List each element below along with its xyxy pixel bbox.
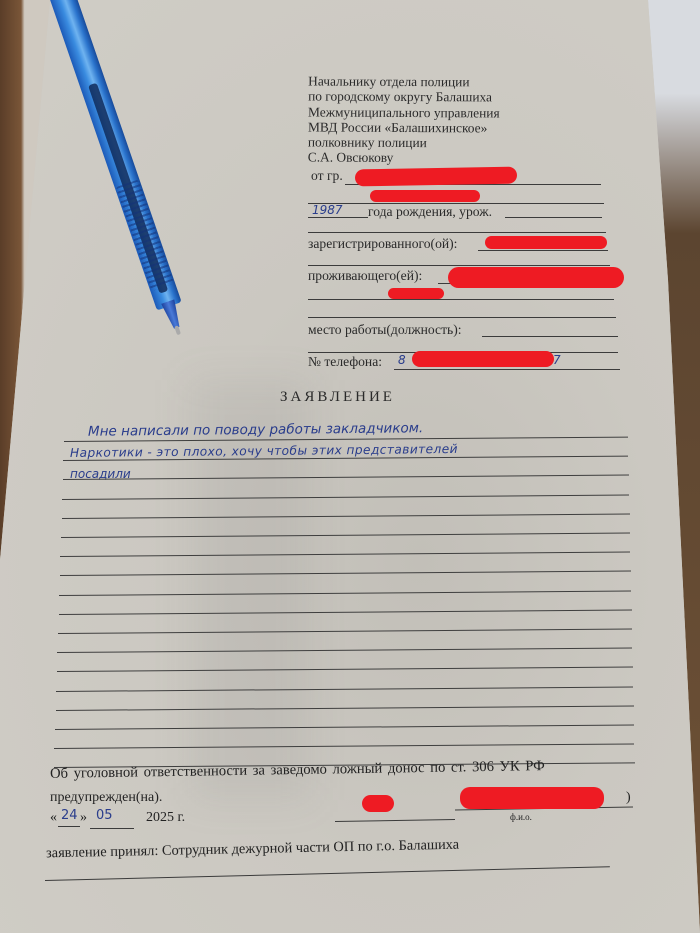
- ruled-line: [54, 744, 634, 750]
- registered-label: зарегистрированного(ой):: [308, 236, 457, 252]
- ruled-line: [59, 609, 632, 615]
- ruled-line: [57, 648, 632, 654]
- birth-year-underline: [308, 217, 368, 218]
- redaction-registered: [485, 236, 607, 249]
- phone-underline: [394, 369, 620, 370]
- phone-label: № телефона:: [308, 354, 382, 370]
- redaction-residing: [448, 267, 624, 288]
- work-underline: [482, 336, 618, 337]
- addressee-block: Начальнику отдела полиции по городскому …: [308, 73, 500, 166]
- date-day: 24: [61, 808, 78, 823]
- ruled-line: [63, 475, 629, 480]
- ruled-line: [56, 705, 634, 711]
- redaction-phone: [412, 351, 554, 367]
- date-month-underline: [90, 828, 134, 829]
- pen-ball: [174, 325, 181, 335]
- signature-underline: [335, 819, 455, 822]
- blank-underline-1: [308, 232, 606, 233]
- phone-suffix: 7: [553, 353, 561, 367]
- from-label: от гр.: [311, 168, 343, 184]
- ruled-line: [58, 628, 632, 634]
- birth-label: года рождения, урож.: [368, 204, 492, 220]
- pen-tip: [161, 299, 183, 330]
- ruled-line: [56, 686, 633, 692]
- addressee-line: МВД России «Балашихинское»: [308, 119, 500, 135]
- addressee-line: Начальнику отдела полиции: [308, 73, 500, 89]
- accepted-by-underline: [45, 866, 610, 881]
- work-label: место работы(должность):: [308, 322, 462, 338]
- date-close-quote: »: [80, 810, 87, 826]
- redaction-name-2: [370, 190, 480, 202]
- ruled-line: [62, 494, 629, 499]
- fio-close-paren: ): [626, 790, 631, 806]
- blank-underline-4: [308, 317, 616, 318]
- ruled-line: [59, 590, 631, 595]
- redaction-residing-2: [388, 288, 444, 299]
- warned-label: предупрежден(на).: [50, 790, 162, 806]
- ruled-line: [60, 552, 630, 557]
- blank-underline-3: [308, 299, 614, 300]
- addressee-line: по городскому округу Балашиха: [308, 89, 500, 105]
- date-year: 2025 г.: [146, 810, 185, 826]
- date-month: 05: [96, 808, 113, 823]
- date-open-quote: «: [50, 810, 57, 826]
- birthplace-underline: [505, 217, 602, 218]
- blank-underline-2: [308, 265, 610, 266]
- ruled-line: [55, 724, 634, 730]
- birth-year-handwritten: 1987: [312, 203, 343, 217]
- ruled-line: [57, 667, 633, 673]
- residing-label: проживающего(ей):: [308, 268, 422, 284]
- addressee-line: С.А. Овсюкову: [308, 150, 500, 166]
- ruled-line: [61, 533, 630, 538]
- redaction-name: [355, 167, 517, 187]
- phone-prefix: 8: [398, 353, 406, 367]
- statement-line-1: Мне написали по поводу работы закладчико…: [88, 420, 423, 440]
- accepted-by-label: заявление принял: Сотрудник дежурной час…: [46, 837, 459, 863]
- document-title: ЗАЯВЛЕНИЕ: [280, 389, 395, 406]
- ruled-line: [62, 513, 630, 518]
- redaction-signature: [362, 795, 394, 812]
- addressee-line: Межмуниципального управления: [308, 104, 500, 120]
- date-day-underline: [58, 826, 80, 827]
- ruled-line: [60, 571, 631, 576]
- fio-label: ф.и.о.: [510, 812, 532, 822]
- registered-underline: [478, 250, 608, 251]
- redaction-fio: [460, 787, 604, 809]
- addressee-line: полковнику полиции: [308, 135, 500, 151]
